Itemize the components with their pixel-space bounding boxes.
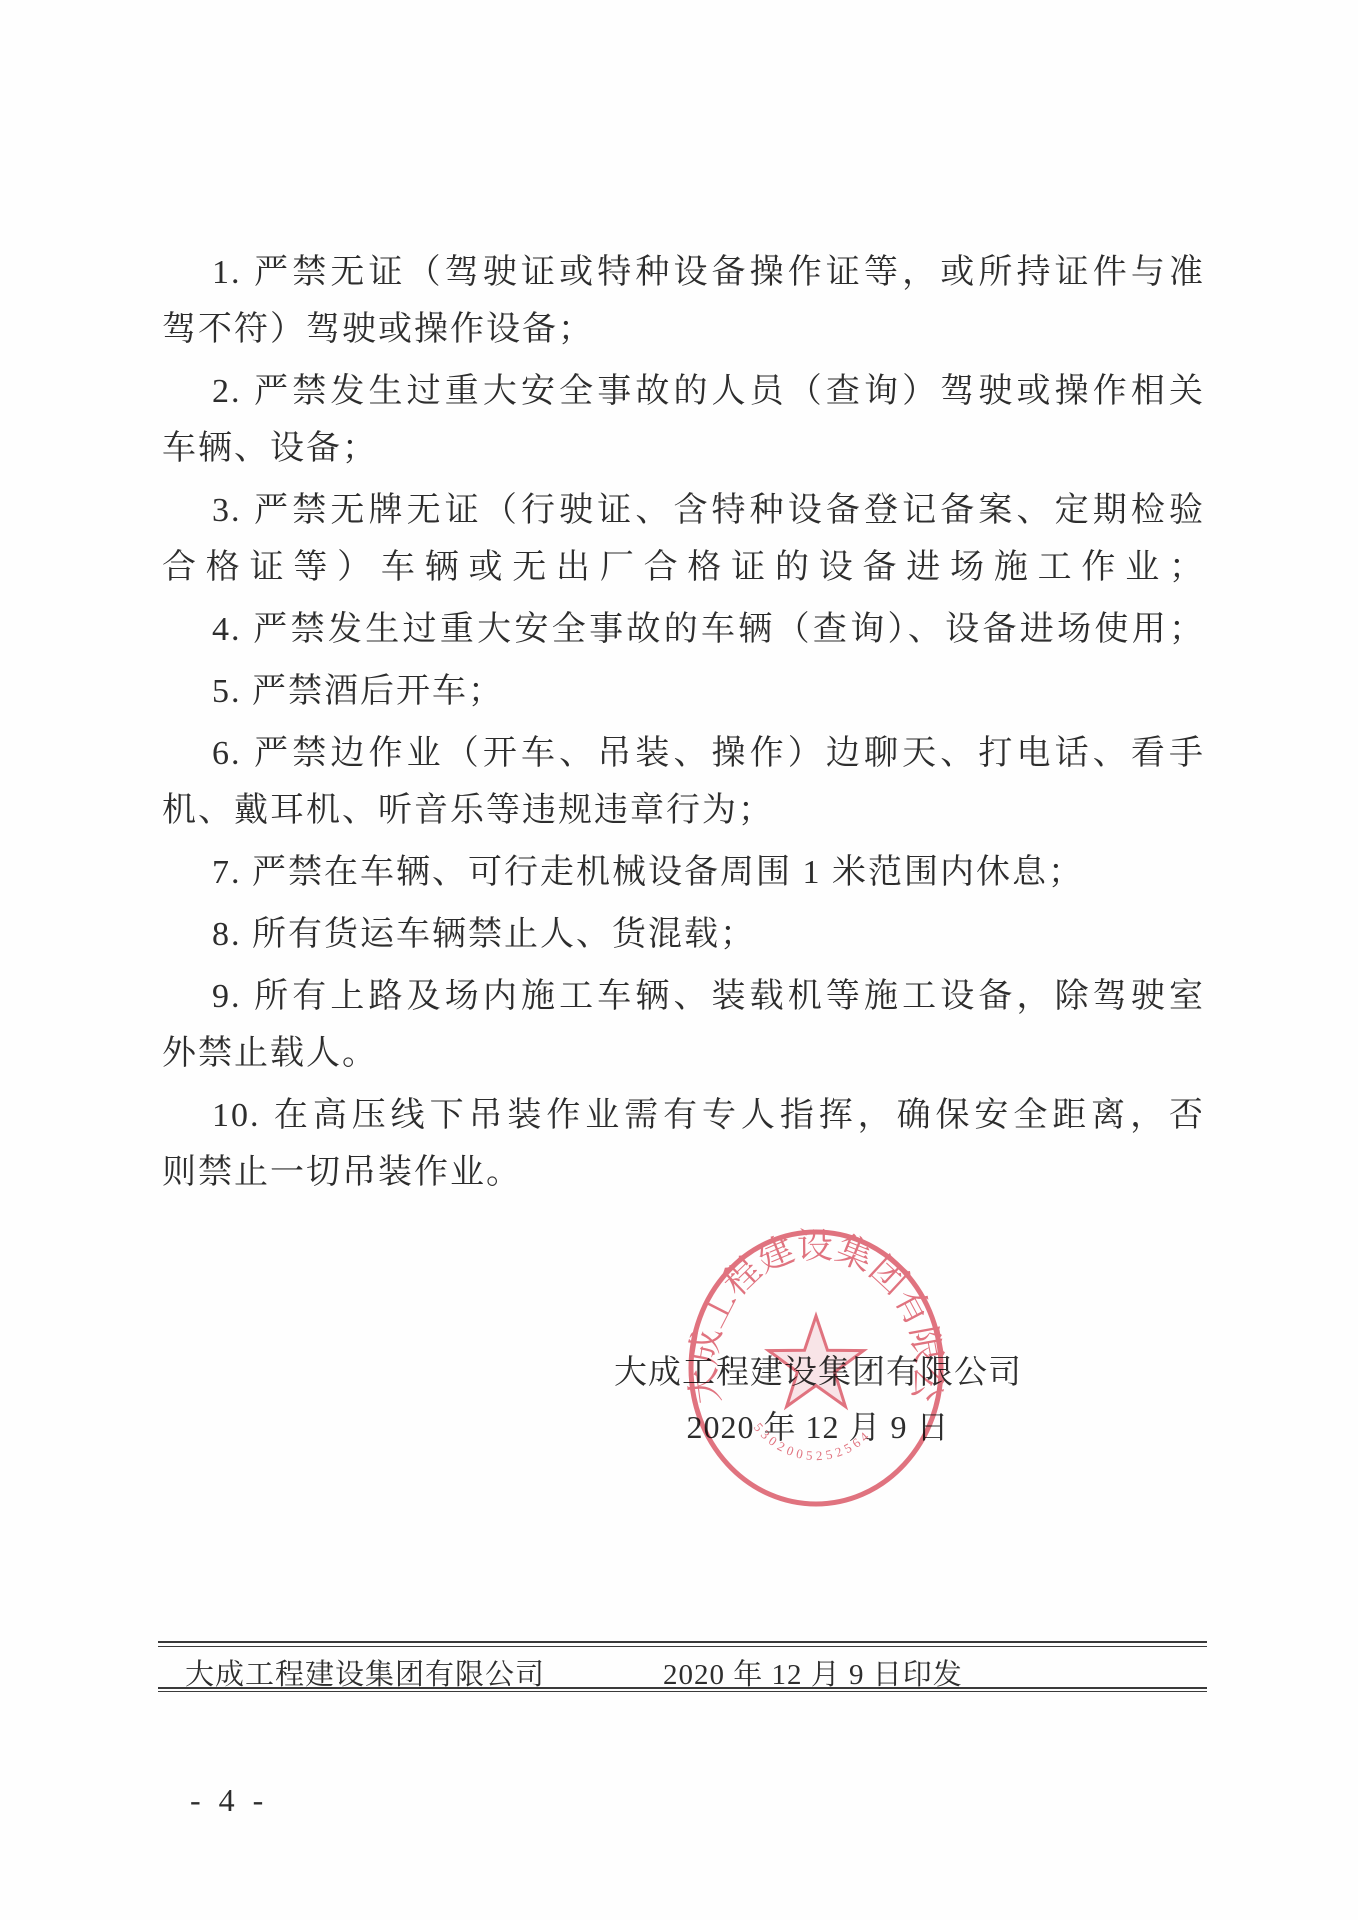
- rule-item: 9. 所有上路及场内施工车辆、装载机等施工设备，除驾驶室 外禁止载人。: [162, 968, 1205, 1082]
- rule-line: 7. 严禁在车辆、可行走机械设备周围 1 米范围内休息；: [162, 844, 1205, 901]
- rule-line: 6. 严禁边作业（开车、吊装、操作）边聊天、打电话、看手: [162, 725, 1205, 782]
- rule-line: 合格证等）车辆或无出厂合格证的设备进场施工作业；: [162, 539, 1205, 596]
- rule-line: 5. 严禁酒后开车；: [162, 663, 1205, 720]
- company-seal-icon: 大成工程建设集团有限公司 5302005252564: [686, 1228, 948, 1512]
- company-seal: 大成工程建设集团有限公司 5302005252564: [686, 1228, 948, 1512]
- rule-item: 4. 严禁发生过重大安全事故的车辆（查询）、设备进场使用；: [162, 601, 1205, 658]
- document-body: 1. 严禁无证（驾驶证或特种设备操作证等，或所持证件与准 驾不符）驾驶或操作设备…: [162, 244, 1205, 1206]
- rule-line: 10. 在高压线下吊装作业需有专人指挥，确保安全距离，否: [162, 1087, 1205, 1144]
- document-page: 1. 严禁无证（驾驶证或特种设备操作证等，或所持证件与准 驾不符）驾驶或操作设备…: [0, 0, 1358, 1920]
- rule-line: 4. 严禁发生过重大安全事故的车辆（查询）、设备进场使用；: [162, 601, 1205, 658]
- rule-line: 9. 所有上路及场内施工车辆、装载机等施工设备，除驾驶室: [162, 968, 1205, 1025]
- footer-top-rule-inner: [158, 1646, 1207, 1647]
- rule-line: 机、戴耳机、听音乐等违规违章行为；: [162, 782, 1205, 839]
- rule-item: 2. 严禁发生过重大安全事故的人员（查询）驾驶或操作相关 车辆、设备；: [162, 363, 1205, 477]
- rule-item: 8. 所有货运车辆禁止人、货混载；: [162, 906, 1205, 963]
- rule-item: 3. 严禁无牌无证（行驶证、含特种设备登记备案、定期检验 合格证等）车辆或无出厂…: [162, 482, 1205, 596]
- rule-line: 则禁止一切吊装作业。: [162, 1144, 1205, 1201]
- rule-line: 1. 严禁无证（驾驶证或特种设备操作证等，或所持证件与准: [162, 244, 1205, 301]
- rule-line: 2. 严禁发生过重大安全事故的人员（查询）驾驶或操作相关: [162, 363, 1205, 420]
- rule-line: 外禁止载人。: [162, 1025, 1205, 1082]
- seal-serial-text: 5302005252564: [751, 1420, 875, 1464]
- rule-item: 5. 严禁酒后开车；: [162, 663, 1205, 720]
- rule-item: 10. 在高压线下吊装作业需有专人指挥，确保安全距离，否 则禁止一切吊装作业。: [162, 1087, 1205, 1201]
- page-number: - 4 -: [190, 1782, 268, 1819]
- rule-item: 1. 严禁无证（驾驶证或特种设备操作证等，或所持证件与准 驾不符）驾驶或操作设备…: [162, 244, 1205, 358]
- rule-item: 6. 严禁边作业（开车、吊装、操作）边聊天、打电话、看手 机、戴耳机、听音乐等违…: [162, 725, 1205, 839]
- seal-star-icon: [769, 1316, 864, 1407]
- footer-bottom-rule: [158, 1687, 1207, 1689]
- rule-line: 车辆、设备；: [162, 420, 1205, 477]
- footer-top-rule: [158, 1641, 1207, 1643]
- rule-line: 3. 严禁无牌无证（行驶证、含特种设备登记备案、定期检验: [162, 482, 1205, 539]
- rule-line: 驾不符）驾驶或操作设备；: [162, 301, 1205, 358]
- footer-bottom-rule-inner: [158, 1691, 1207, 1692]
- rule-item: 7. 严禁在车辆、可行走机械设备周围 1 米范围内休息；: [162, 844, 1205, 901]
- rule-line: 8. 所有货运车辆禁止人、货混载；: [162, 906, 1205, 963]
